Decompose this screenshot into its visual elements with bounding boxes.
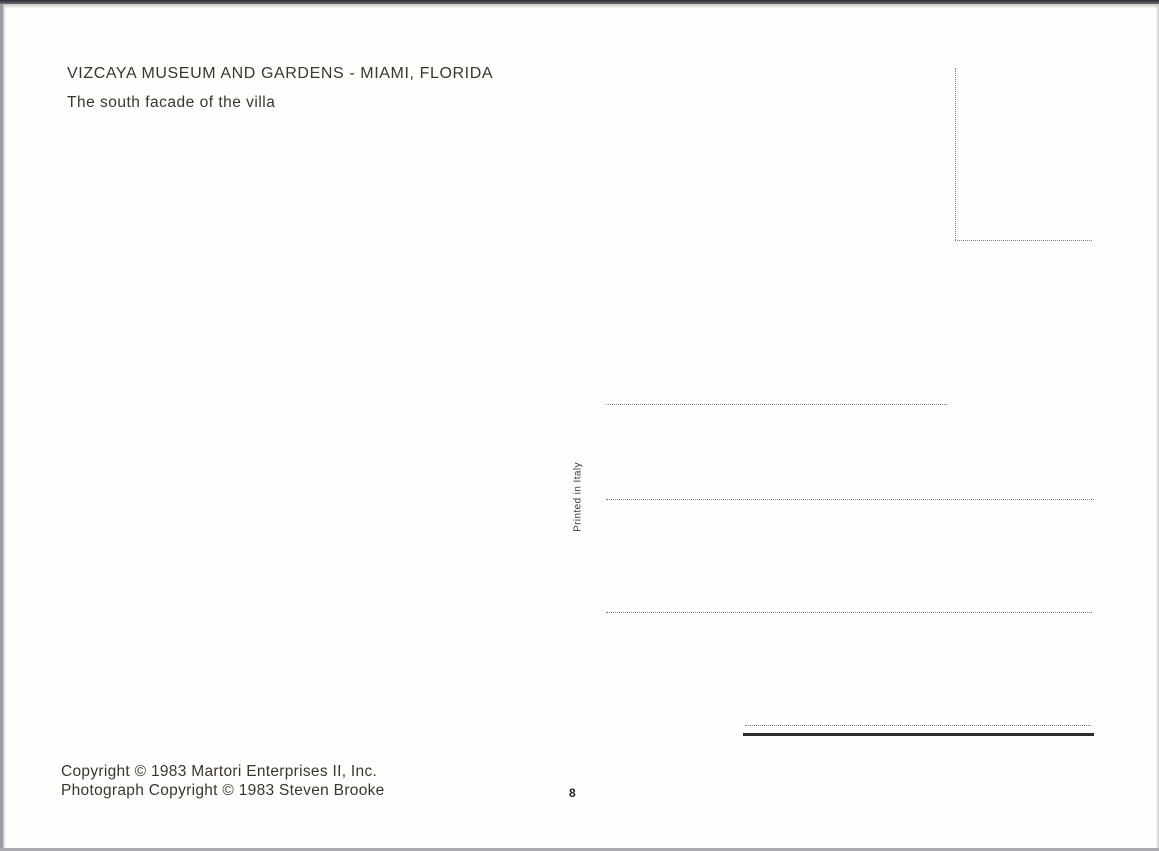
stamp-box-bottom-border (955, 240, 1092, 241)
copyright-photograph: Photograph Copyright © 1983 Steven Brook… (61, 782, 385, 800)
postcard-title: VIZCAYA MUSEUM AND GARDENS - MIAMI, FLOR… (67, 65, 493, 83)
address-line-1 (606, 404, 947, 405)
copyright-publisher: Copyright © 1983 Martori Enterprises II,… (61, 763, 377, 781)
postcard-subtitle: The south facade of the villa (67, 94, 275, 112)
address-line-2 (606, 499, 1094, 500)
printed-in-italy-label: Printed in Italy (573, 462, 584, 532)
postcard-back (3, 4, 1159, 848)
stamp-box-left-border (955, 68, 956, 240)
address-underline (743, 733, 1094, 736)
address-line-3 (606, 612, 1092, 613)
address-line-4 (745, 725, 1091, 726)
card-number: 8 (569, 786, 576, 800)
